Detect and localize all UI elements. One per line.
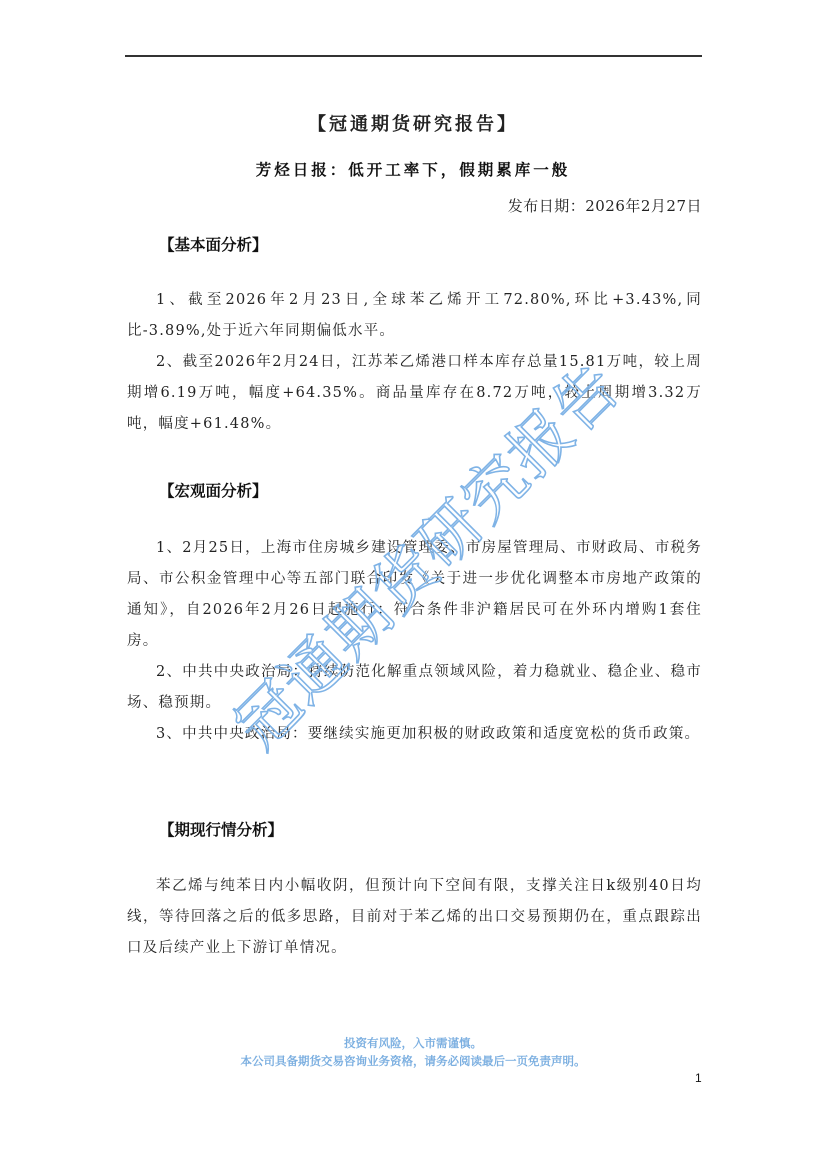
section-heading: 【宏观面分析】: [127, 478, 702, 504]
header-rule: [125, 55, 702, 57]
section-heading: 【期现行情分析】: [127, 817, 702, 843]
paragraph: 2、截至2026年2月24日，江苏苯乙烯港口样本库存总量15.81万吨，较上周期…: [127, 347, 702, 440]
paragraph: 苯乙烯与纯苯日内小幅收阴，但预计向下空间有限，支撑关注日k级别40日均线，等待回…: [127, 871, 702, 964]
report-subtitle: 芳烃日报：低开工率下，假期累库一般: [0, 158, 826, 180]
paragraph: 3、中共中央政治局：要继续实施更加积极的财政政策和适度宽松的货币政策。: [127, 719, 702, 750]
section-fundamentals: 【基本面分析】 1、截至2026年2月23日,全球苯乙烯开工72.80%,环比+…: [127, 232, 702, 440]
page-number: 1: [695, 1071, 702, 1085]
paragraph: 1、截至2026年2月23日,全球苯乙烯开工72.80%,环比+3.43%,同比…: [127, 285, 702, 347]
paragraph: 1、2月25日，上海市住房城乡建设管理委、市房屋管理局、市财政局、市税务局、市公…: [127, 533, 702, 657]
qualification-notice: 本公司具备期货交易咨询业务资格，请务必阅读最后一页免责声明。: [0, 1052, 826, 1070]
section-market: 【期现行情分析】 苯乙烯与纯苯日内小幅收阴，但预计向下空间有限，支撑关注日k级别…: [127, 817, 702, 964]
report-title: 【冠通期货研究报告】: [0, 110, 826, 136]
section-heading: 【基本面分析】: [127, 232, 702, 258]
paragraph: 2、中共中央政治局：持续防范化解重点领域风险，着力稳就业、稳企业、稳市场、稳预期…: [127, 657, 702, 719]
publish-date: 发布日期：2026年2月27日: [508, 195, 702, 216]
risk-disclaimer: 投资有风险，入市需谨慎。: [0, 1034, 826, 1052]
section-macro: 【宏观面分析】 1、2月25日，上海市住房城乡建设管理委、市房屋管理局、市财政局…: [127, 478, 702, 750]
